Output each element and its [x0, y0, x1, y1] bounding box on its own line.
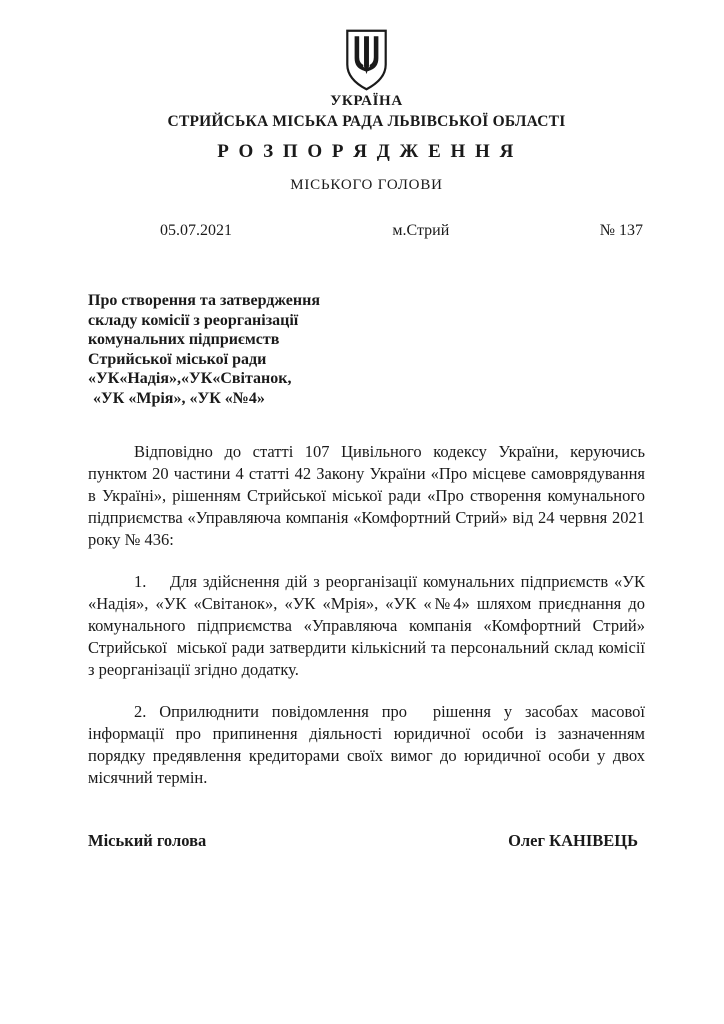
document-meta-row: 05.07.2021 м.Стрий № 137 [88, 222, 645, 240]
document-subtype: МІСЬКОГО ГОЛОВИ [88, 177, 645, 194]
paragraph-item-1: 1. Для здійснення дій з реорганізації ко… [88, 571, 645, 681]
subject-line: комунальних підприємств [88, 330, 428, 350]
signature-name: Олег КАНІВЕЦЬ [508, 831, 638, 851]
paragraph-item-2: 2. Оприлюднити повідомлення про рішення … [88, 701, 645, 789]
subject-line: Про створення та затвердження [88, 291, 428, 311]
document-body: Відповідно до статті 107 Цивільного коде… [88, 441, 645, 789]
paragraph-preamble: Відповідно до статті 107 Цивільного коде… [88, 441, 645, 551]
country-name: УКРАЇНА [88, 93, 645, 110]
subject-block: Про створення та затвердження складу ком… [88, 291, 428, 408]
subject-line: Стрийської міської ради [88, 350, 428, 370]
signature-row: Міський голова Олег КАНІВЕЦЬ [88, 831, 638, 851]
signature-position-title: Міський голова [88, 831, 206, 851]
document-date: 05.07.2021 [160, 222, 232, 240]
document-place: м.Стрий [232, 222, 600, 240]
document-header: УКРАЇНА СТРИЙСЬКА МІСЬКА РАДА ЛЬВІВСЬКОЇ… [88, 28, 645, 194]
subject-line: складу комісії з реорганізації [88, 311, 428, 331]
ukraine-trident-emblem-icon [343, 28, 390, 92]
document-number: № 137 [600, 222, 643, 240]
document-type-title: Р О З П О Р Я Д Ж Е Н Н Я [88, 141, 645, 163]
subject-line: «УК «Мрія», «УК «№4» [88, 389, 428, 409]
subject-line: «УК«Надія»,«УК«Світанок, [88, 369, 428, 389]
document-page: УКРАЇНА СТРИЙСЬКА МІСЬКА РАДА ЛЬВІВСЬКОЇ… [0, 0, 724, 1024]
authority-name: СТРИЙСЬКА МІСЬКА РАДА ЛЬВІВСЬКОЇ ОБЛАСТІ [88, 113, 645, 131]
